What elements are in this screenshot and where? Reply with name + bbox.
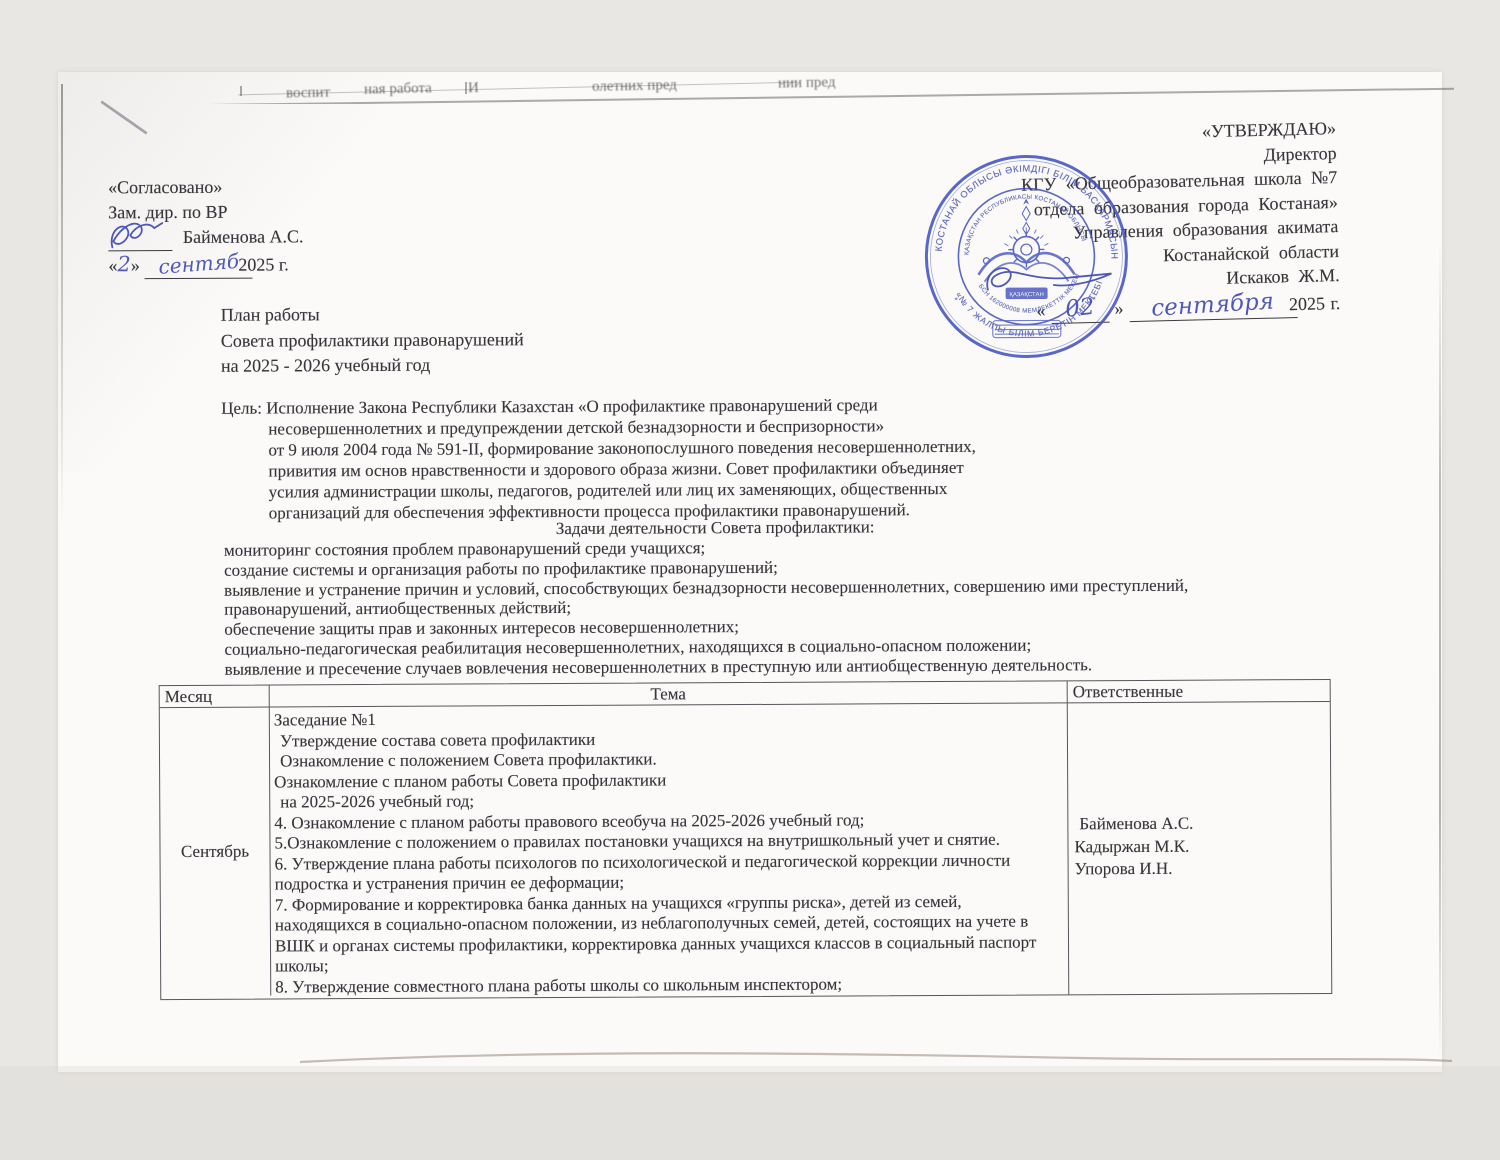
title-line: План работы <box>221 301 524 328</box>
school-seal-stamp: КОСТАНАЙ ОБЛЫСЫ ӘКІМДІГІ БІЛІМ БАСҚАРМАС… <box>920 150 1133 367</box>
title-line: на 2025 - 2026 учебный год <box>221 352 524 379</box>
approve-date-year: 2025 г. <box>1289 293 1341 314</box>
theme-line: ВШК и органах системы профилактики, корр… <box>275 932 1064 957</box>
table-header-month: Месяц <box>160 686 270 709</box>
date-month-handwritten: сентяб <box>157 249 239 280</box>
agreed-name: Байменова А.С. <box>177 226 304 247</box>
date-day-handwritten: 2 <box>117 252 131 276</box>
director-name: Искаков Ж.М. <box>1226 265 1340 288</box>
stamp-divider-star: * <box>955 296 958 305</box>
stamp-outer-top-text: КОСТАНАЙ ОБЛЫСЫ ӘКІМДІГІ БІЛІМ БАСҚАРМАС… <box>915 142 1119 261</box>
responsible-name: Кадыржан М.К. <box>1074 835 1330 859</box>
plan-table: Месяц Тема Ответственные Сентябрь Заседа… <box>159 679 1333 1000</box>
stamp-divider-star: * <box>1093 295 1096 304</box>
date-month-line: сентяб <box>144 252 252 280</box>
agreed-block: «Согласовано» Зам. дир. по ВР Байменова … <box>108 173 469 279</box>
title-line: Совета профилактики правонарушений <box>221 327 524 354</box>
agreed-date-year: 2025 г. <box>238 254 288 274</box>
goal-paragraph: Цель: Исполнение Закона Республики Казах… <box>221 394 976 524</box>
agreed-date-row: «2» сентяб2025 г. <box>108 250 468 279</box>
document-title: План работы Совета профилактики правонар… <box>221 301 524 379</box>
stamp-banner-text: ҚАЗАҚСТАН <box>1009 292 1044 298</box>
agreed-label: «Согласовано» <box>108 173 468 200</box>
theme-line: 6. Утверждение плана работы психологов п… <box>275 850 1064 875</box>
table-cell-month: Сентябрь <box>160 708 272 997</box>
date-quote-open: « <box>108 255 117 275</box>
tasks-heading: Задачи деятельности Совета профилактики: <box>556 517 875 539</box>
theme-line: 8. Утверждение совместного плана работы … <box>275 973 1064 998</box>
table-cell-responsible: Байменова А.С. Кадыржан М.К. Упорова И.Н… <box>1068 702 1332 991</box>
date-month-line: сентября <box>1129 291 1298 322</box>
svg-text:КОСТАНАЙ ОБЛЫСЫ ӘКІМДІГІ БІЛІМ: КОСТАНАЙ ОБЛЫСЫ ӘКІМДІГІ БІЛІМ БАСҚАРМАС… <box>915 142 1119 261</box>
kazakhstan-emblem: ҚАЗАҚСТАН <box>978 198 1075 338</box>
responsible-name: Упорова И.Н. <box>1075 857 1331 881</box>
table-header-responsible: Ответственные <box>1068 680 1330 703</box>
agreed-signature-row: Байменова А.С. <box>108 223 468 252</box>
table-row: Сентябрь Заседание №1 Утверждение состав… <box>160 702 1332 999</box>
responsible-name: Байменова А.С. <box>1074 812 1330 836</box>
document-content: «Согласовано» Зам. дир. по ВР Байменова … <box>0 0 1500 1160</box>
task-item: выявление и пресечение случаев вовлечени… <box>225 654 1189 679</box>
date-month-handwritten: сентября <box>1151 289 1275 321</box>
date-quote-close: » <box>131 255 140 275</box>
tasks-list: мониторинг состояния проблем правонаруше… <box>224 536 1189 680</box>
scanned-document-canvas: воспит ная работа И олетних пред нии пре… <box>0 0 1500 1160</box>
table-cell-theme: Заседание №1 Утверждение состава совета … <box>270 703 1070 998</box>
